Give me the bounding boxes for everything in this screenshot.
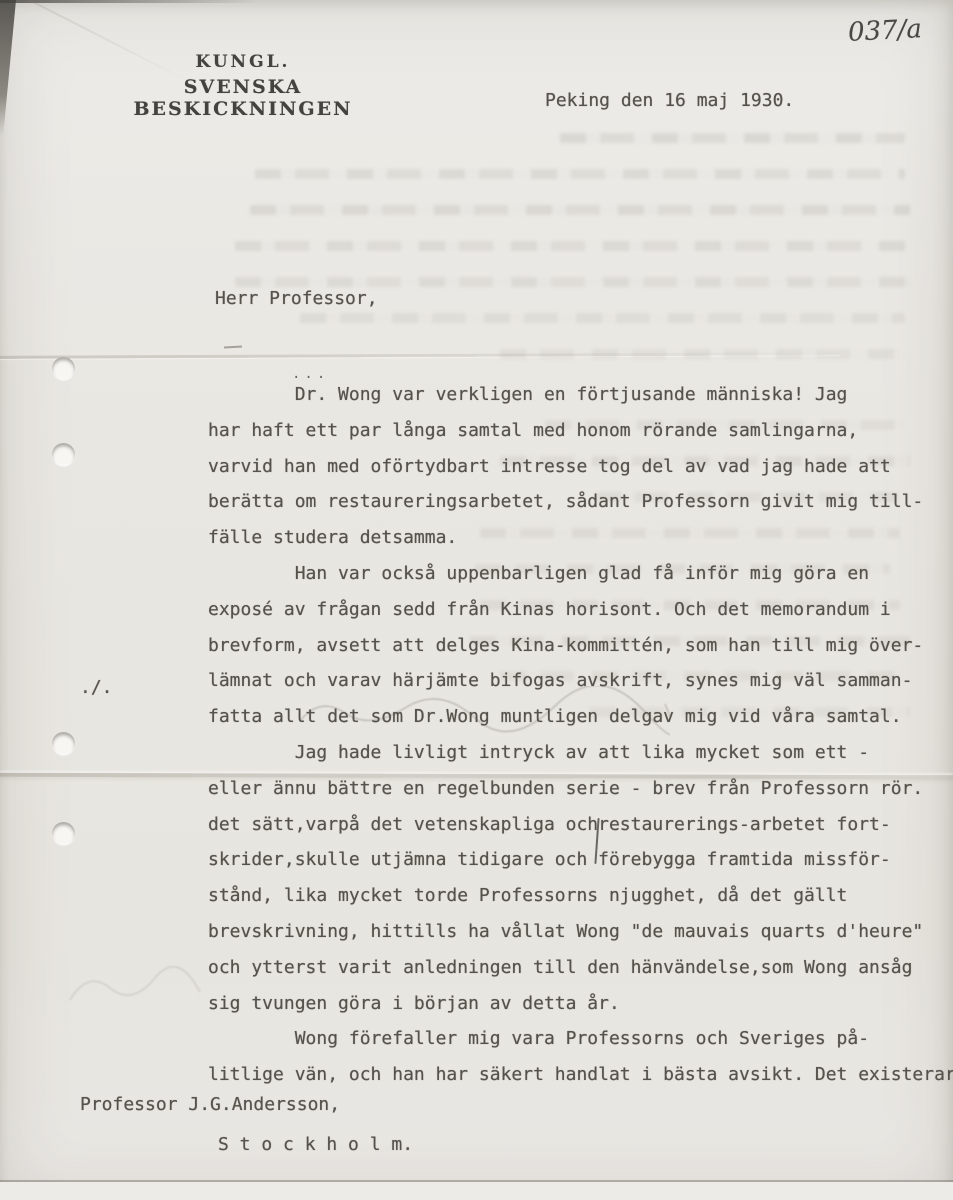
pencil-scribble [60, 950, 210, 1020]
letterhead-line2: SVENSKA BESKICKNINGEN [88, 76, 398, 120]
letterhead-line1: KUNGL. [88, 52, 398, 72]
bleedthrough-line [560, 133, 905, 143]
salutation: Herr Professor, [215, 288, 378, 309]
bleedthrough-line [255, 169, 905, 179]
margin-attachment-mark: ./. [80, 677, 113, 698]
scan-top-edge-line [0, 0, 260, 3]
letterhead: KUNGL. SVENSKA BESKICKNINGEN [88, 52, 398, 120]
bleedthrough-line [500, 349, 900, 359]
bleedthrough-line [235, 277, 910, 287]
pen-dash-mark [224, 346, 242, 349]
punch-hole [52, 357, 75, 380]
bleedthrough-line [300, 313, 905, 323]
punch-hole [52, 822, 75, 845]
dateline: Peking den 16 maj 1930. [545, 90, 794, 111]
bleedthrough-line [235, 241, 905, 251]
scanned-letter-page: KUNGL. SVENSKA BESKICKNINGEN 037/a Pekin… [0, 0, 953, 1200]
punch-hole [52, 732, 75, 755]
recipient-city: S t o c k h o l m. [218, 1134, 413, 1155]
scan-edge-shadow [0, 0, 16, 135]
archival-number-handwritten: 037/a [847, 14, 922, 48]
recipient-name: Professor J.G.Andersson, [80, 1094, 340, 1115]
bleedthrough-line [250, 205, 910, 215]
letter-body: Dr. Wong var verkligen en förtjusande mä… [208, 377, 953, 1093]
sheet-behind-page [0, 1182, 953, 1200]
punch-hole [52, 443, 75, 466]
